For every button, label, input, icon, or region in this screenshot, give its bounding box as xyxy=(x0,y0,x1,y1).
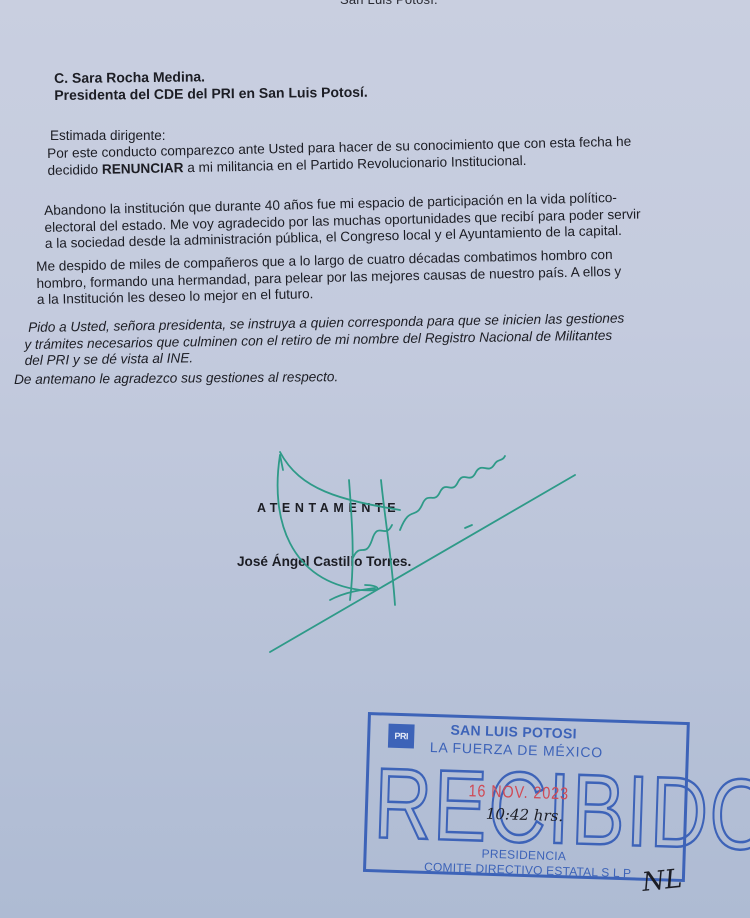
handwritten-initials: NL xyxy=(641,864,684,898)
text-fragment: decidido xyxy=(47,161,102,177)
letter-page: San Luis Potosí. C. Sara Rocha Medina. P… xyxy=(0,0,750,918)
recipient-block: C. Sara Rocha Medina. Presidenta del CDE… xyxy=(54,67,368,104)
stamp-presidencia: PRESIDENCIA xyxy=(481,847,566,864)
signer-name: José Ángel Castillo Torres. xyxy=(237,554,411,569)
paragraph-request: Pido a Usted, señora presidenta, se inst… xyxy=(24,311,625,370)
pri-logo-icon: PRI xyxy=(388,724,415,749)
stamp-date: 16 NOV. 2023 xyxy=(468,781,569,804)
received-stamp: PRI SAN LUIS POTOSI LA FUERZA DE MÉXICO … xyxy=(363,712,690,882)
stamp-state: SAN LUIS POTOSI xyxy=(450,722,577,742)
paragraph-gratitude: Abandono la institución que durante 40 a… xyxy=(44,189,641,252)
signoff: ATENTAMENTE xyxy=(257,501,400,515)
paragraph-farewell: Me despido de miles de compañeros que a … xyxy=(36,247,622,309)
recipient-title: Presidenta del CDE del PRI en San Luis P… xyxy=(54,84,368,104)
stamp-time: 10:42 hrs. xyxy=(486,805,564,825)
closing-line: De antemano le agradezco sus gestiones a… xyxy=(14,369,338,387)
greeting: Estimada dirigente: xyxy=(50,128,166,143)
header-city: San Luis Potosí. xyxy=(340,0,438,7)
renunciar-emphasis: RENUNCIAR xyxy=(102,160,184,177)
